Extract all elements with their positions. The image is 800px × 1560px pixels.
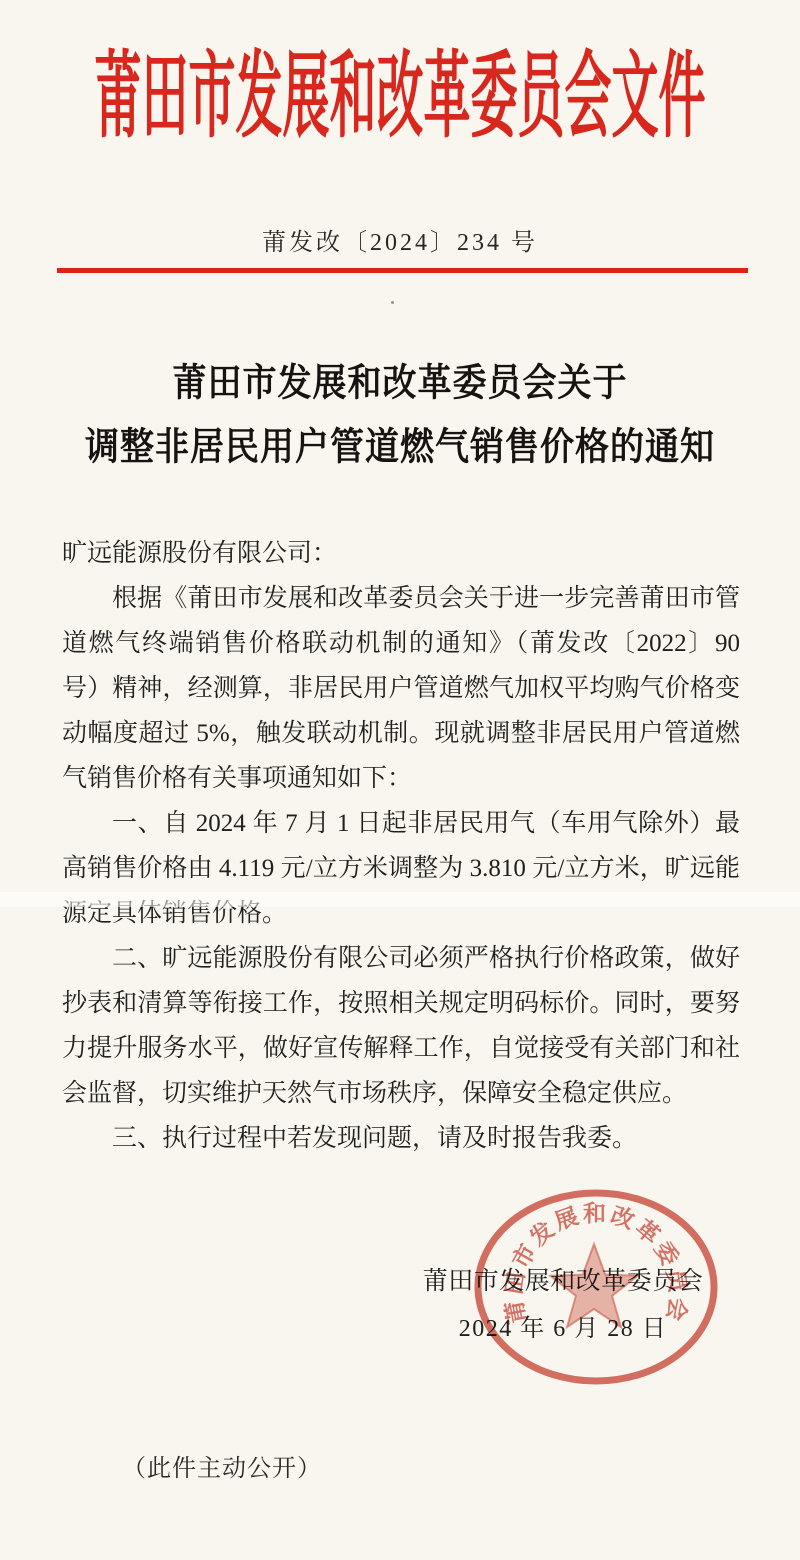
recipient-line: 旷远能源股份有限公司： xyxy=(62,531,740,576)
body-paragraph-1: 根据《莆田市发展和改革委员会关于进一步完善莆田市管道燃气终端销售价格联动机制的通… xyxy=(62,576,740,801)
red-divider-rule xyxy=(57,268,748,273)
document-body: 旷远能源股份有限公司： 根据《莆田市发展和改革委员会关于进一步完善莆田市管道燃气… xyxy=(62,531,740,1161)
document-title-line1: 莆田市发展和改革委员会关于 xyxy=(0,352,800,416)
scan-light-band xyxy=(0,892,800,907)
body-paragraph-4: 三、执行过程中若发现问题，请及时报告我委。 xyxy=(62,1116,740,1161)
scanned-official-document: 莆田市发展和改革委员会文件 莆发改〔2024〕234 号 莆田市发展和改革委员会… xyxy=(0,0,800,1560)
scan-speck xyxy=(391,301,394,304)
document-title-line2: 调整非居民用户管道燃气销售价格的通知 xyxy=(0,416,800,480)
document-title: 莆田市发展和改革委员会关于 调整非居民用户管道燃气销售价格的通知 xyxy=(0,352,800,480)
document-number: 莆发改〔2024〕234 号 xyxy=(0,222,800,257)
agency-letterhead-title: 莆田市发展和改革委员会文件 xyxy=(0,2,800,194)
signing-agency-name: 莆田市发展和改革委员会 xyxy=(413,1266,713,1298)
body-paragraph-2: 一、自 2024 年 7 月 1 日起非居民用气（车用气除外）最高销售价格由 4… xyxy=(62,801,740,936)
signature-date: 2024 年 6 月 28 日 xyxy=(413,1314,713,1344)
disclosure-note: （此件主动公开） xyxy=(122,1448,322,1483)
signature-block: 莆田市发展和改革委员会 2024 年 6 月 28 日 xyxy=(413,1266,713,1344)
body-paragraph-3: 二、旷远能源股份有限公司必须严格执行价格政策，做好抄表和清算等衔接工作，按照相关… xyxy=(62,936,740,1116)
